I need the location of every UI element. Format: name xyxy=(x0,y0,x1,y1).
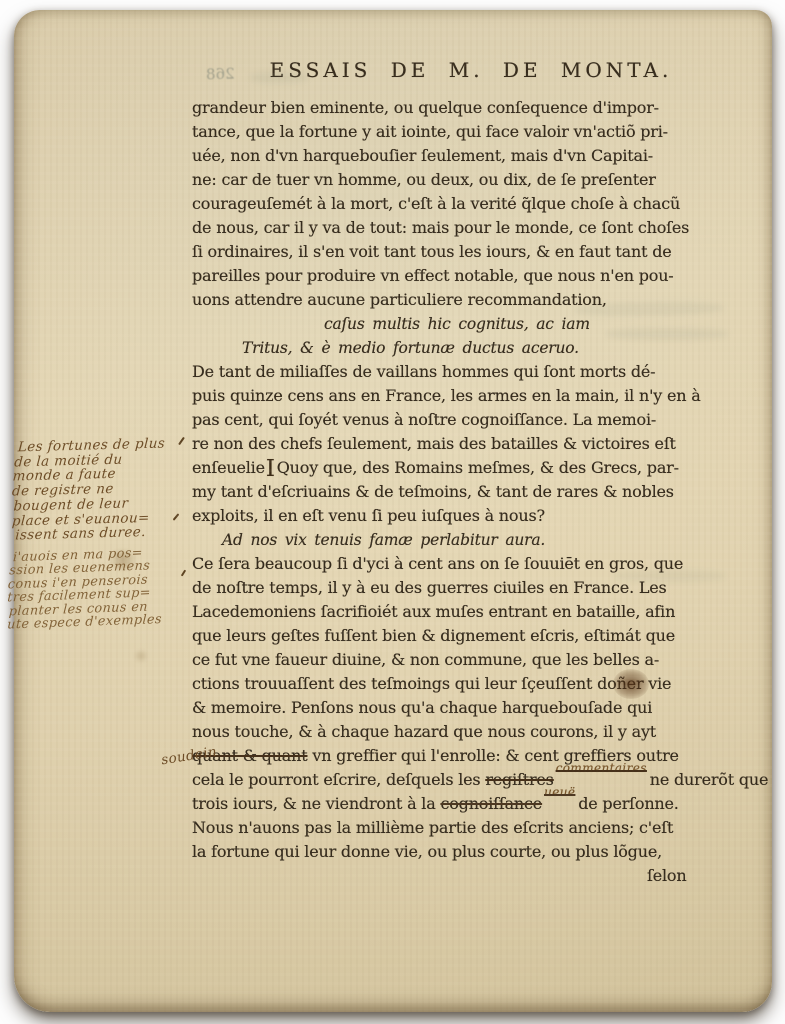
print-line: de nous, car il y va de tout: mais pour … xyxy=(192,216,689,240)
handwritten-correction: commentaires xyxy=(556,761,647,775)
margin-note-line: issent sans duree. xyxy=(15,524,199,544)
print-segment: puis quinze cens ans en France, les arme… xyxy=(192,386,701,405)
print-line: & memoire. Penſons nous qu'a chaque harq… xyxy=(192,696,652,720)
print-segment: nous touche, & à chaque hazard que nous … xyxy=(192,722,656,741)
print-line: cela le pourront eſcrire, deſquels les r… xyxy=(192,768,768,793)
print-segment: Lacedemoniens ſacrifioiét aux muſes entr… xyxy=(192,602,675,621)
catchword: ſelon xyxy=(647,864,686,888)
print-segment: uons attendre aucune particuliere recomm… xyxy=(192,290,607,309)
print-line: exploits, il en eſt venu ſi peu iuſques … xyxy=(192,504,545,528)
print-line: tance, que la fortune y ait iointe, qui … xyxy=(192,120,668,144)
print-segment: ctions trouuaſſent des teſmoings qui leu… xyxy=(192,674,617,693)
print-line: Nous n'auons pas la millième partie des … xyxy=(192,816,673,840)
print-line: que leurs geſtes fuſſent bien & dignemen… xyxy=(192,624,675,648)
print-segment-blot: ñer xyxy=(617,674,644,693)
print-line: la fortune qui leur donne vie, ou plus c… xyxy=(192,840,662,864)
print-segment: de noſtre temps, il y à eu des guerres c… xyxy=(192,578,667,597)
print-line: Tritus, & è medio fortunæ ductus aceruo. xyxy=(242,336,579,360)
print-segment: & memoire. Penſons nous qu'a chaque harq… xyxy=(192,698,652,717)
print-segment: caſus multis hic cognitus, ac iam xyxy=(324,315,590,333)
print-segment: pas cent, qui ſoyét venus à noſtre cogno… xyxy=(192,410,656,429)
print-line: enſeuelieIQuoy que, des Romains meſmes, … xyxy=(192,456,679,481)
print-segment: que leurs geſtes fuſſent bien & dignemen… xyxy=(192,626,675,645)
print-line: caſus multis hic cognitus, ac iam xyxy=(324,312,590,336)
print-line: de noſtre temps, il y à eu des guerres c… xyxy=(192,576,667,600)
print-line: ne: car de tuer vn homme, ou deux, ou di… xyxy=(192,168,656,192)
print-segment: ſi ordinaires, il s'en voit tant tous le… xyxy=(192,242,672,261)
print-line: uons attendre aucune particuliere recomm… xyxy=(192,288,607,312)
print-segment: ſelon xyxy=(647,866,686,885)
print-segment-strike: cognoiſſanceueuë xyxy=(440,794,573,813)
print-segment: my tant d'eſcriuains & de teſmoins, & ta… xyxy=(192,482,674,501)
print-line: ſi ordinaires, il s'en voit tant tous le… xyxy=(192,240,672,264)
print-line: Lacedemoniens ſacrifioiét aux muſes entr… xyxy=(192,600,675,624)
print-segment: exploits, il en eſt venu ſi peu iuſques … xyxy=(192,506,545,525)
print-line: De tant de miliaſſes de vaillans hommes … xyxy=(192,360,655,384)
print-segment: pareilles pour produire vn effect notabl… xyxy=(192,266,674,285)
print-segment: la fortune qui leur donne vie, ou plus c… xyxy=(192,842,662,861)
print-segment-insmark: I xyxy=(266,456,275,482)
margin-note-1: Les fortunes de plusde la moitié dumonde… xyxy=(18,436,199,544)
print-segment: tance, que la fortune y ait iointe, qui … xyxy=(192,122,668,141)
print-line: uée, non d'vn harquebouſier ſeulement, m… xyxy=(192,144,653,168)
print-segment: Quoy que, des Romains meſmes, & des Grec… xyxy=(277,458,679,477)
print-segment: grandeur bien eminente, ou quelque conſe… xyxy=(192,98,659,117)
print-line: ctions trouuaſſent des teſmoings qui leu… xyxy=(192,672,671,696)
print-line: re non des chefs ſeulement, mais des bat… xyxy=(192,432,676,456)
print-line: Ce ſera beaucoup ſi d'yci à cent ans on … xyxy=(192,552,683,576)
print-segment: Ce ſera beaucoup ſi d'yci à cent ans on … xyxy=(192,554,683,573)
ink-stain xyxy=(132,650,150,662)
print-segment: ne: car de tuer vn homme, ou deux, ou di… xyxy=(192,170,656,189)
print-segment: de nous, car il y va de tout: mais pour … xyxy=(192,218,689,237)
print-segment: Ad nos vix tenuis famæ perlabitur aura. xyxy=(222,531,545,549)
handwritten-correction: ueuë xyxy=(544,785,575,799)
print-segment: Nous n'auons pas la millième partie des … xyxy=(192,818,673,837)
print-line: ce fut vne faueur diuine, & non commune,… xyxy=(192,648,659,672)
print-segment: uée, non d'vn harquebouſier ſeulement, m… xyxy=(192,146,653,165)
print-segment: trois iours, & ne viendront à la xyxy=(192,794,440,813)
print-segment: de perſonne. xyxy=(573,794,678,813)
print-segment: ce fut vne faueur diuine, & non commune,… xyxy=(192,650,659,669)
print-line: Ad nos vix tenuis famæ perlabitur aura. xyxy=(222,528,545,552)
book-page: 268 ESSAIS DE M. DE MONTA. grandeur bien… xyxy=(14,10,772,1012)
print-segment: Tritus, & è medio fortunæ ductus aceruo. xyxy=(242,339,579,357)
print-segment: courageuſemét à la mort, c'eſt à la veri… xyxy=(192,194,680,213)
ink-stain xyxy=(106,550,140,570)
print-segment: cela le pourront eſcrire, deſquels les xyxy=(192,770,485,789)
print-segment: vie xyxy=(643,674,671,693)
print-segment: ne durerõt que xyxy=(645,770,768,789)
text-block: grandeur bien eminente, ou quelque conſe… xyxy=(192,10,752,1012)
print-line: trois iours, & ne viendront à la cognoiſ… xyxy=(192,792,679,817)
print-line: nous touche, & à chaque hazard que nous … xyxy=(192,720,656,744)
print-line: pareilles pour produire vn effect notabl… xyxy=(192,264,674,288)
print-line: pas cent, qui ſoyét venus à noſtre cogno… xyxy=(192,408,656,432)
print-line: my tant d'eſcriuains & de teſmoins, & ta… xyxy=(192,480,674,504)
print-line: puis quinze cens ans en France, les arme… xyxy=(192,384,701,408)
print-line: grandeur bien eminente, ou quelque conſe… xyxy=(192,96,659,120)
margin-note-2: i'auois en ma pos=ssion les euenemenscon… xyxy=(13,545,198,632)
print-segment: De tant de miliaſſes de vaillans hommes … xyxy=(192,362,655,381)
print-segment: enſeuelie xyxy=(192,458,265,477)
scanned-page-photo: 268 ESSAIS DE M. DE MONTA. grandeur bien… xyxy=(0,0,785,1024)
print-segment: re non des chefs ſeulement, mais des bat… xyxy=(192,434,676,453)
print-line: courageuſemét à la mort, c'eſt à la veri… xyxy=(192,192,680,216)
